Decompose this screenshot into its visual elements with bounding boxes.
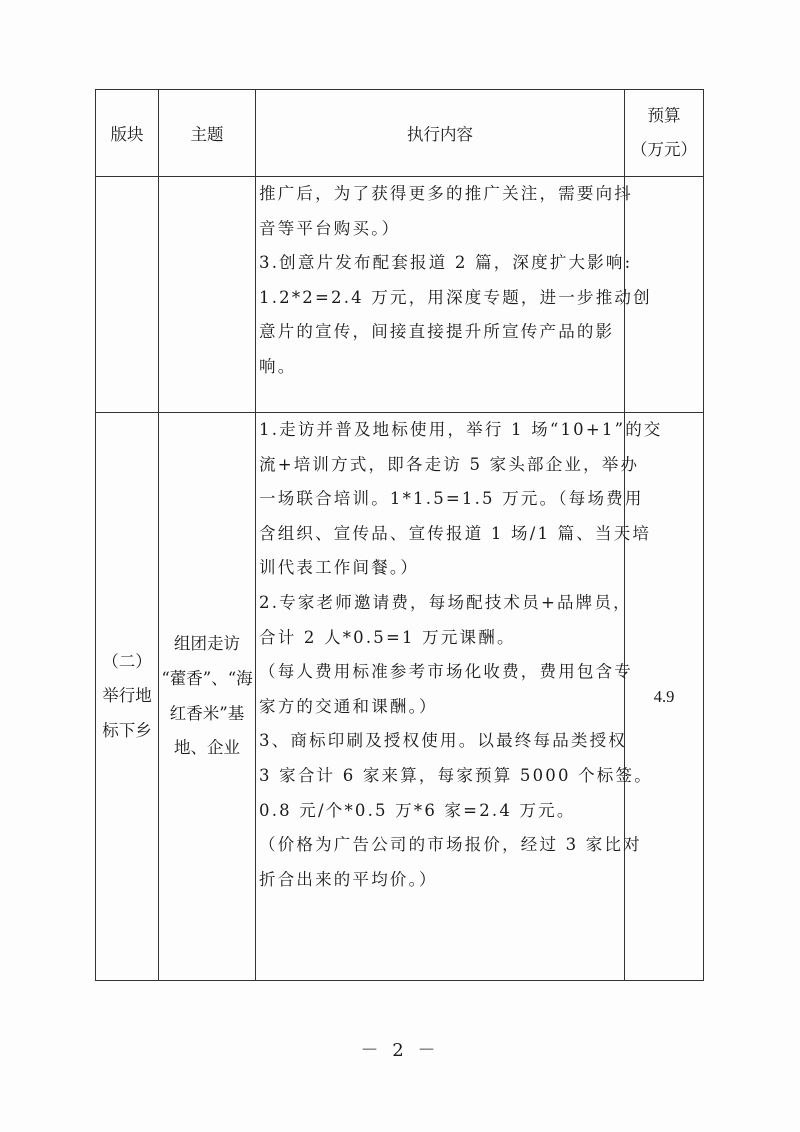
content-line: 3.创意片发布配套报道 2 篇，深度扩大影响:	[259, 246, 624, 281]
content-line: 音等平台购买。）	[259, 212, 624, 247]
content-line: 3、商标印刷及授权使用。以最终每品类授权	[259, 724, 624, 759]
content-line: 流+培训方式，即各走访 5 家头部企业，举办	[259, 448, 624, 483]
content-line: 1.2*2=2.4 万元，用深度专题，进一步推动创	[259, 281, 624, 316]
content-line: 含组织、宣传品、宣传报道 1 场/1 篇、当天培	[259, 517, 624, 552]
header-topic: 主题	[159, 90, 256, 177]
section-line: 举行地	[96, 679, 158, 714]
table-row: （二） 举行地 标下乡 组团走访 “藿香”、“海 红香米”基 地、企业 1.走访…	[96, 413, 704, 981]
content-line: 推广后，为了获得更多的推广关注，需要向抖	[259, 177, 624, 212]
content-line: 训代表工作间餐。）	[259, 551, 624, 586]
table-header-row: 版块 主题 执行内容 预算 （万元）	[96, 90, 704, 177]
content-line: 响。	[259, 350, 624, 385]
table-row: 推广后，为了获得更多的推广关注，需要向抖 音等平台购买。） 3.创意片发布配套报…	[96, 177, 704, 413]
content-line: 1.走访并普及地标使用，举行 1 场“10+1”的交	[259, 413, 624, 448]
topic-cell: 组团走访 “藿香”、“海 红香米”基 地、企业	[159, 413, 256, 981]
content-line: 0.8 元/个*0.5 万*6 家=2.4 万元。	[259, 794, 624, 829]
topic-cell	[159, 177, 256, 413]
header-budget-unit: （万元）	[625, 133, 703, 167]
content-line: （每人费用标准参考市场化收费，费用包含专	[259, 655, 624, 690]
content-line: （价格为广告公司的市场报价，经过 3 家比对	[259, 828, 624, 863]
section-line: 标下乡	[96, 714, 158, 749]
content-line: 意片的宣传，间接直接提升所宣传产品的影	[259, 315, 624, 350]
topic-line: “藿香”、“海	[159, 662, 255, 697]
header-content: 执行内容	[256, 90, 625, 177]
content-line: 2.专家老师邀请费，每场配技术员+品牌员，	[259, 586, 624, 621]
header-budget: 预算 （万元）	[625, 90, 704, 177]
content-line: 3 家合计 6 家来算，每家预算 5000 个标签。	[259, 759, 624, 794]
content-line: 折合出来的平均价。）	[259, 863, 624, 898]
section-cell	[96, 177, 159, 413]
topic-line: 地、企业	[159, 731, 255, 766]
content-cell: 推广后，为了获得更多的推广关注，需要向抖 音等平台购买。） 3.创意片发布配套报…	[256, 177, 625, 413]
content-cell: 1.走访并普及地标使用，举行 1 场“10+1”的交 流+培训方式，即各走访 5…	[256, 413, 625, 981]
section-cell: （二） 举行地 标下乡	[96, 413, 159, 981]
topic-line: 组团走访	[159, 627, 255, 662]
section-line: （二）	[96, 645, 158, 680]
budget-table: 版块 主题 执行内容 预算 （万元） 推广后，为了获得更多的推广关注，需要向抖 …	[95, 89, 704, 981]
content-line: 一场联合培训。1*1.5=1.5 万元。（每场费用	[259, 482, 624, 517]
page-number: － 2 －	[0, 1036, 800, 1062]
topic-line: 红香米”基	[159, 697, 255, 732]
header-section: 版块	[96, 90, 159, 177]
content-line: 合计 2 人*0.5=1 万元课酬。	[259, 621, 624, 656]
header-budget-label: 预算	[625, 99, 703, 133]
content-line: 家方的交通和课酬。）	[259, 690, 624, 725]
